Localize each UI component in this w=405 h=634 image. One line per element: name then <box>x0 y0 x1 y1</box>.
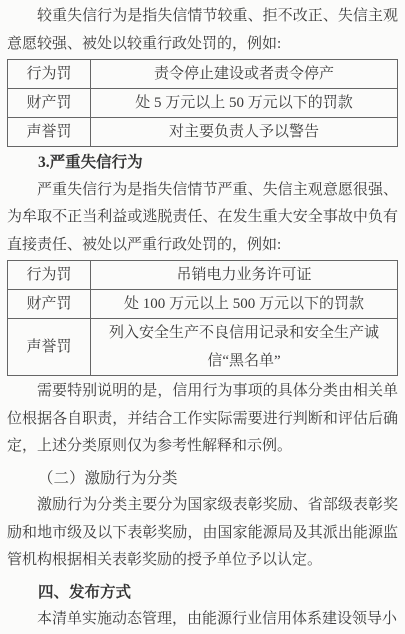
penalty-type-cell: 声誉罚 <box>8 319 91 376</box>
table-row: 行为罚 责令停止建设或者责令停产 <box>8 60 398 89</box>
paragraph-classification-note: 需要特别说明的是，信用行为事项的具体分类由相关单位根据各自职责，并结合工作实际需… <box>7 378 398 461</box>
table-row: 声誉罚 列入安全生产不良信用记录和安全生产诚信“黑名单” <box>8 319 398 376</box>
paragraph-moderate-definition: 较重失信行为是指失信情节较重、拒不改正、失信主观意愿较强、被处以较重行政处罚的，… <box>7 3 398 58</box>
penalty-desc-cell: 列入安全生产不良信用记录和安全生产诚信“黑名单” <box>91 319 398 376</box>
penalty-desc-cell: 责令停止建设或者责令停产 <box>91 60 398 89</box>
heading-severe-dishonesty: 3.严重失信行为 <box>7 149 398 177</box>
penalty-desc-cell: 吊销电力业务许可证 <box>91 261 398 290</box>
penalty-type-cell: 财产罚 <box>8 290 91 319</box>
paragraph-severe-definition: 严重失信行为是指失信情节严重、失信主观意愿很强、为牟取不正当利益或逃脱责任、在发… <box>7 177 398 260</box>
moderate-penalty-table: 行为罚 责令停止建设或者责令停产 财产罚 处 5 万元以上 50 万元以下的罚款… <box>7 59 398 147</box>
table-row: 声誉罚 对主要负责人予以警告 <box>8 118 398 147</box>
severe-penalty-table: 行为罚 吊销电力业务许可证 财产罚 处 100 万元以上 500 万元以下的罚款… <box>7 260 398 376</box>
penalty-type-cell: 声誉罚 <box>8 118 91 147</box>
penalty-type-cell: 行为罚 <box>8 261 91 290</box>
table-row: 财产罚 处 5 万元以上 50 万元以下的罚款 <box>8 89 398 118</box>
penalty-type-cell: 行为罚 <box>8 60 91 89</box>
paragraph-incentive-definition: 激励行为分类主要分为国家级表彰奖励、省部级表彰奖励和地市级及以下表彰奖励，由国家… <box>7 492 398 575</box>
penalty-desc-cell: 处 5 万元以上 50 万元以下的罚款 <box>91 89 398 118</box>
table-row: 行为罚 吊销电力业务许可证 <box>8 261 398 290</box>
document-page: 较重失信行为是指失信情节较重、拒不改正、失信主观意愿较强、被处以较重行政处罚的，… <box>0 0 405 634</box>
paragraph-publish-intro: 本清单实施动态管理，由能源行业信用体系建设领导小 <box>7 606 398 634</box>
penalty-type-cell: 财产罚 <box>8 89 91 118</box>
heading-publish-method: 四、发布方式 <box>7 579 398 607</box>
penalty-desc-cell: 处 100 万元以上 500 万元以下的罚款 <box>91 290 398 319</box>
penalty-desc-cell: 对主要负责人予以警告 <box>91 118 398 147</box>
heading-incentive-classification: （二）激励行为分类 <box>7 465 398 493</box>
table-row: 财产罚 处 100 万元以上 500 万元以下的罚款 <box>8 290 398 319</box>
